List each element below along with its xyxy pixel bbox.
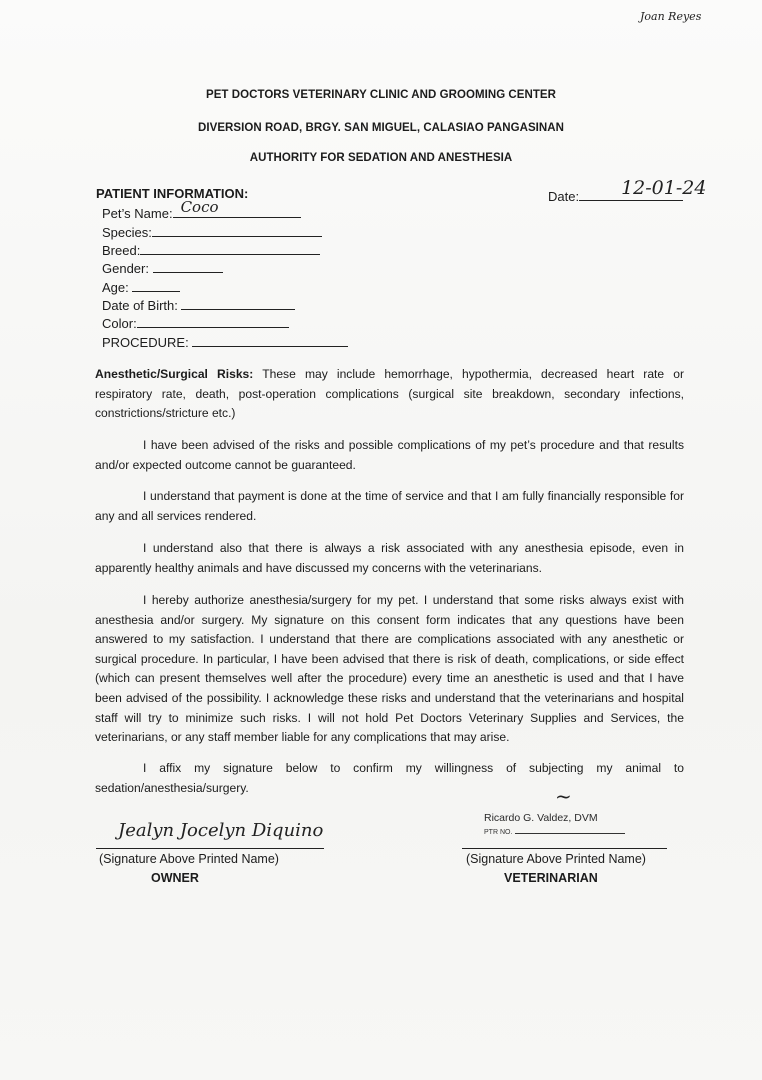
veterinarian-printed-name: Ricardo G. Valdez, DVM <box>484 812 598 824</box>
field-color[interactable]: Color: <box>102 315 289 331</box>
field-label: Gender: <box>102 261 153 276</box>
field-gender[interactable]: Gender: <box>102 260 223 276</box>
field-label: Age: <box>102 280 132 295</box>
paragraph-payment: I understand that payment is done at the… <box>95 487 684 526</box>
pet-name-value: Coco <box>181 198 219 216</box>
field-label: Color: <box>102 316 137 331</box>
ptr-label: PTR NO. <box>484 829 512 836</box>
field-species[interactable]: Species: <box>102 224 322 240</box>
handwritten-name-note: Joan Reyes <box>640 10 701 23</box>
date-value: 12-01-24 <box>621 177 706 199</box>
paragraph-advised: I have been advised of the risks and pos… <box>95 436 684 475</box>
field-pet-name[interactable]: Pet’s Name:Coco <box>102 205 301 221</box>
clinic-name: PET DOCTORS VETERINARY CLINIC AND GROOMI… <box>0 89 762 101</box>
field-label: PROCEDURE: <box>102 335 192 350</box>
date-label: Date: <box>548 189 579 204</box>
veterinarian-signature-caption: (Signature Above Printed Name) <box>466 852 646 866</box>
field-label: Pet’s Name: <box>102 206 173 221</box>
field-label: Breed: <box>102 243 140 258</box>
field-procedure[interactable]: PROCEDURE: <box>102 334 348 350</box>
clinic-address: DIVERSION ROAD, BRGY. SAN MIGUEL, CALASI… <box>0 122 762 134</box>
date-field[interactable]: Date:12-01-24 <box>548 186 683 204</box>
owner-signature-line[interactable] <box>96 848 324 849</box>
veterinarian-signature-line[interactable] <box>462 848 667 849</box>
paragraph-authorization: I hereby authorize anesthesia/surgery fo… <box>95 591 684 748</box>
risks-paragraph: Anesthetic/Surgical Risks: These may inc… <box>95 365 684 424</box>
field-label: Species: <box>102 225 152 240</box>
paragraph-affix-signature: I affix my signature below to confirm my… <box>95 759 684 798</box>
field-breed[interactable]: Breed: <box>102 242 320 258</box>
paragraph-anesthesia-risk: I understand also that there is always a… <box>95 539 684 578</box>
owner-signature: Jealyn Jocelyn Diquino <box>118 820 323 841</box>
veterinarian-role-label: VETERINARIAN <box>504 871 598 885</box>
field-label: Date of Birth: <box>102 298 181 313</box>
field-date-of-birth[interactable]: Date of Birth: <box>102 297 295 313</box>
form-title: AUTHORITY FOR SEDATION AND ANESTHESIA <box>0 152 762 164</box>
patient-info-heading: PATIENT INFORMATION: <box>96 186 248 201</box>
veterinarian-signature: ~ <box>555 784 572 808</box>
risks-heading: Anesthetic/Surgical Risks: <box>95 367 253 381</box>
owner-role-label: OWNER <box>151 871 199 885</box>
consent-form-page: Joan Reyes PET DOCTORS VETERINARY CLINIC… <box>0 0 762 1080</box>
ptr-number-field[interactable]: PTR NO. <box>484 829 625 836</box>
field-age[interactable]: Age: <box>102 279 180 295</box>
owner-signature-caption: (Signature Above Printed Name) <box>99 852 279 866</box>
date-line: 12-01-24 <box>579 186 683 201</box>
